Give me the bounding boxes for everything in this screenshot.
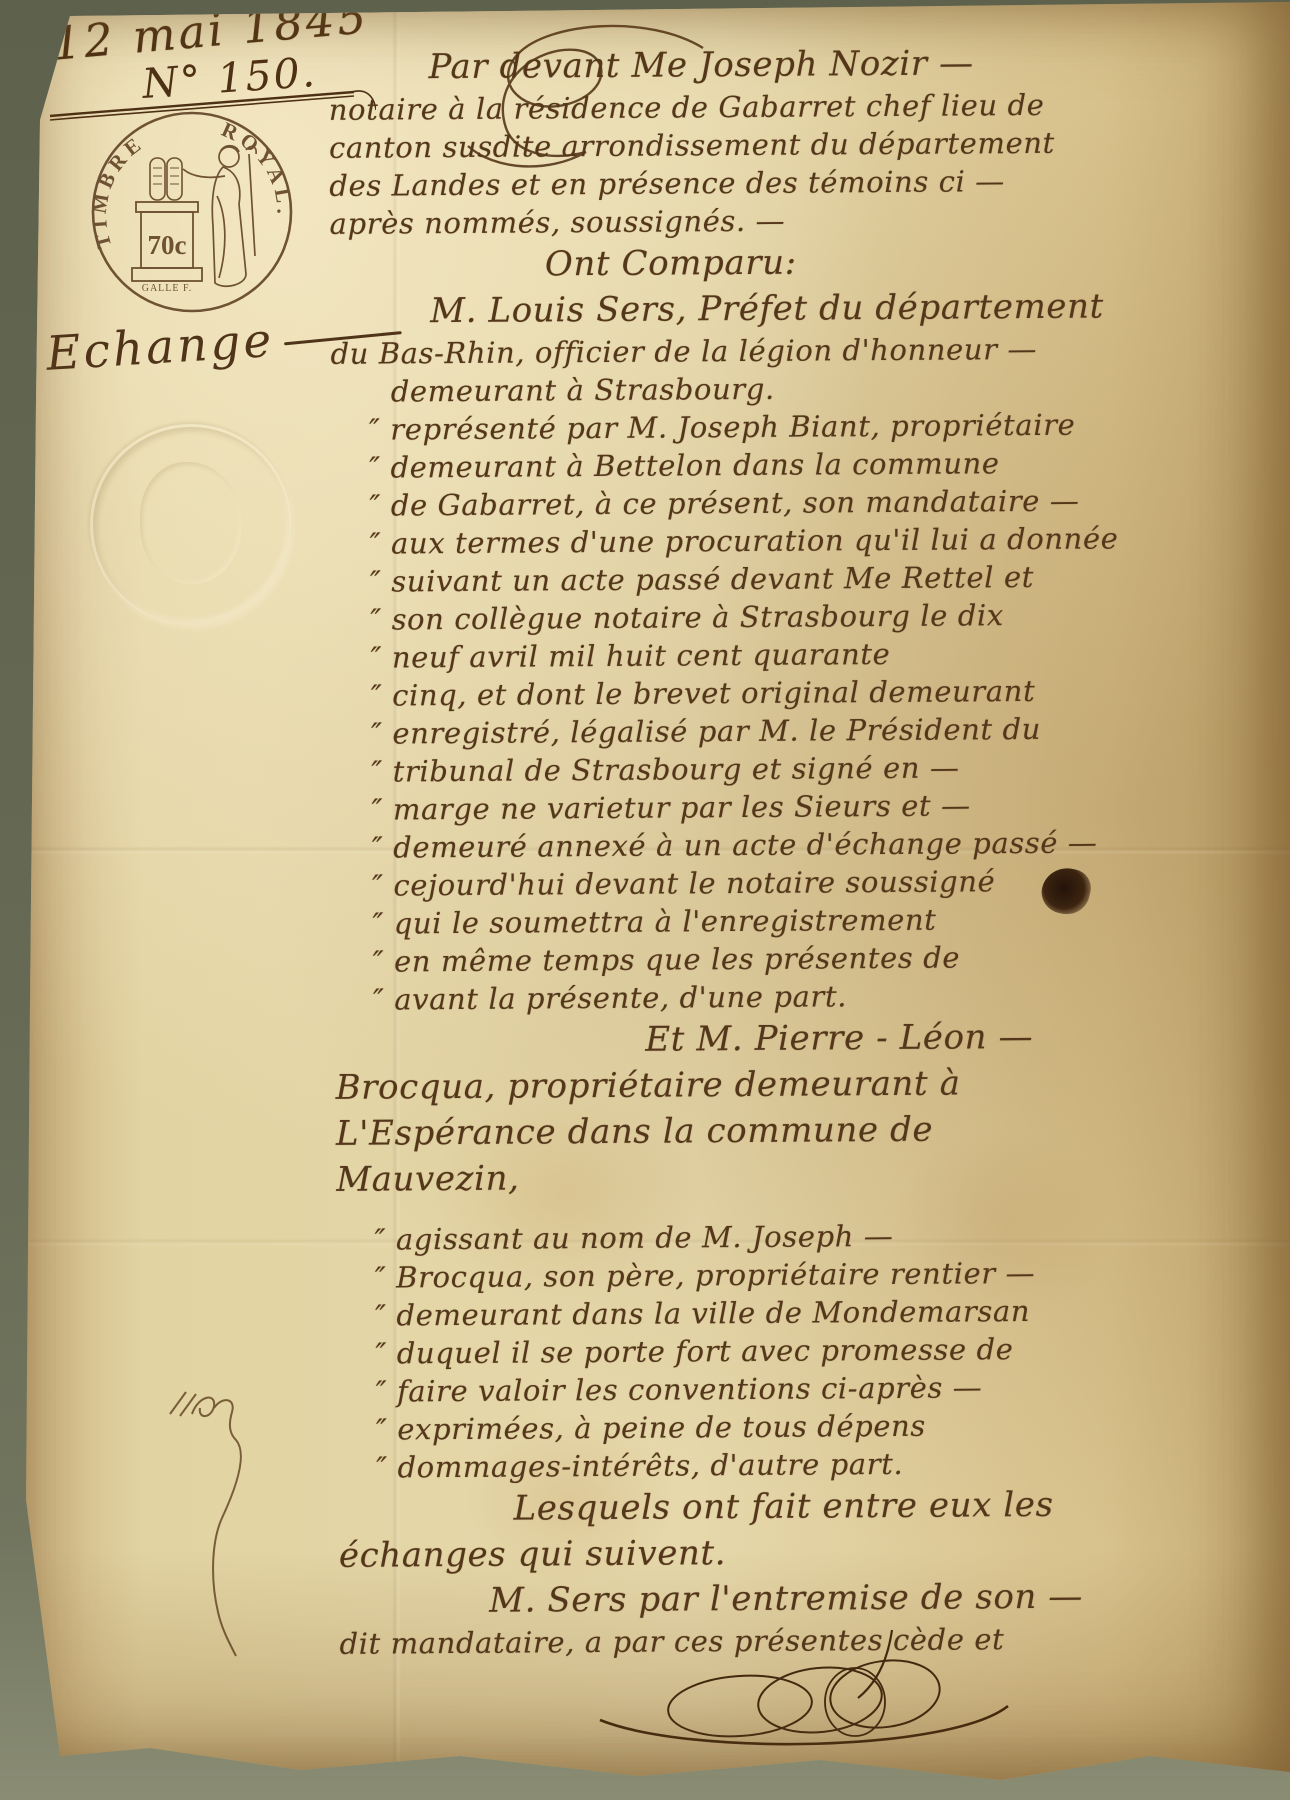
- timbre-royal-stamp: TIMBRE ROYAL. 70c: [86, 106, 298, 318]
- text-line: ″ en même temps que les présentes de: [373, 937, 1155, 980]
- stamp-denomination: 70c: [148, 230, 187, 260]
- text-line: ″ suivant un acte passé devant Me Rettel…: [370, 557, 1152, 600]
- text-line: ″ cejourd'hui devant le notaire soussign…: [372, 861, 1154, 904]
- text-line: ″ neuf avril mil huit cent quarante: [371, 633, 1153, 676]
- text-line: ″ enregistré, légalisé par M. le Préside…: [371, 709, 1153, 752]
- photo-backdrop: 12 mai 1845 N° 150. TIMBRE ROYAL.: [0, 0, 1290, 1800]
- text-line: après nommés, soussignés. —: [329, 199, 1149, 243]
- text-line: ″ avant la présente, d'une part.: [373, 975, 1155, 1018]
- text-line: ″ faire valoir les conventions ci-après …: [376, 1367, 1158, 1410]
- text-line: ″ de Gabarret, à ce présent, son mandata…: [369, 481, 1151, 524]
- text-line: ″ cinq, et dont le brevet original demeu…: [371, 671, 1153, 714]
- text-line: canton susdite arrondissement du départe…: [329, 123, 1149, 167]
- text-line: Brocqua, propriétaire demeurant à: [335, 1059, 1155, 1111]
- text-line: ″ marge ne varietur par les Sieurs et —: [372, 785, 1154, 828]
- svg-text:TIMBRE: TIMBRE: [87, 130, 149, 251]
- text-line: ″ demeuré annexé à un acte d'échange pas…: [372, 823, 1154, 866]
- text-line: L'Espérance dans la commune de: [336, 1105, 1156, 1157]
- text-line: ″ agissant au nom de M. Joseph —: [375, 1215, 1157, 1258]
- stamp-pedestal: 70c GALLE F.: [132, 158, 202, 294]
- margin-annotation-text: Echange: [45, 313, 276, 382]
- text-line: ″ tribunal de Strasbourg et signé en —: [371, 747, 1153, 790]
- allegorical-figure-icon: [183, 146, 256, 287]
- text-line: M. Sers par l'entremise de son —: [489, 1573, 1159, 1624]
- closing-flourish: [570, 1622, 1050, 1782]
- text-line: M. Louis Sers, Préfet du département: [430, 283, 1150, 334]
- svg-text:ROYAL.: ROYAL.: [218, 117, 297, 219]
- embossed-blind-seal: [90, 424, 292, 626]
- text-line: des Landes et en présence des témoins ci…: [329, 161, 1149, 205]
- text-line: ″ demeurant dans la ville de Mondemarsan: [375, 1291, 1157, 1334]
- text-line: échanges qui suivent.: [339, 1527, 1159, 1579]
- text-line: notaire à la résidence de Gabarret chef …: [329, 85, 1149, 129]
- document-body: Par devant Me Joseph Nozir —notaire à la…: [328, 39, 1159, 1663]
- text-line: du Bas-Rhin, officier de la légion d'hon…: [330, 329, 1150, 373]
- text-line: ″ aux termes d'une procuration qu'il lui…: [370, 519, 1152, 562]
- text-line: ″ duquel il se porte fort avec promesse …: [375, 1329, 1157, 1372]
- text-line: Ont Comparu:: [545, 237, 1150, 287]
- text-line: ″ Brocqua, son père, propriétaire rentie…: [375, 1253, 1157, 1296]
- marginal-paraph-flourish: [118, 1368, 378, 1668]
- text-line: ″ représenté par M. Joseph Biant, propri…: [369, 405, 1151, 448]
- text-line: ″ qui le soumettra à l'enregistrement: [372, 899, 1154, 942]
- paper-sheet: 12 mai 1845 N° 150. TIMBRE ROYAL.: [0, 0, 1290, 1800]
- text-line: ″ son collègue notaire à Strasbourg le d…: [370, 595, 1152, 638]
- text-line: ″ demeurant à Bettelon dans la commune: [369, 443, 1151, 486]
- text-line: Lesquels ont fait entre eux les: [513, 1481, 1158, 1532]
- text-line: Par devant Me Joseph Nozir —: [428, 39, 1148, 90]
- text-line: Et M. Pierre - Léon —: [645, 1013, 1155, 1063]
- text-line: Mauvezin,: [336, 1151, 1156, 1203]
- stamp-arc-right-text: ROYAL.: [218, 117, 297, 219]
- stamp-arc-left-text: TIMBRE: [87, 130, 149, 251]
- text-line: demeurant à Strasbourg.: [391, 367, 1151, 410]
- text-line: ″ exprimées, à peine de tous dépens: [376, 1405, 1158, 1448]
- text-line: ″ dommages-intérêts, d'autre part.: [376, 1443, 1158, 1486]
- stamp-engraver: GALLE F.: [142, 283, 193, 294]
